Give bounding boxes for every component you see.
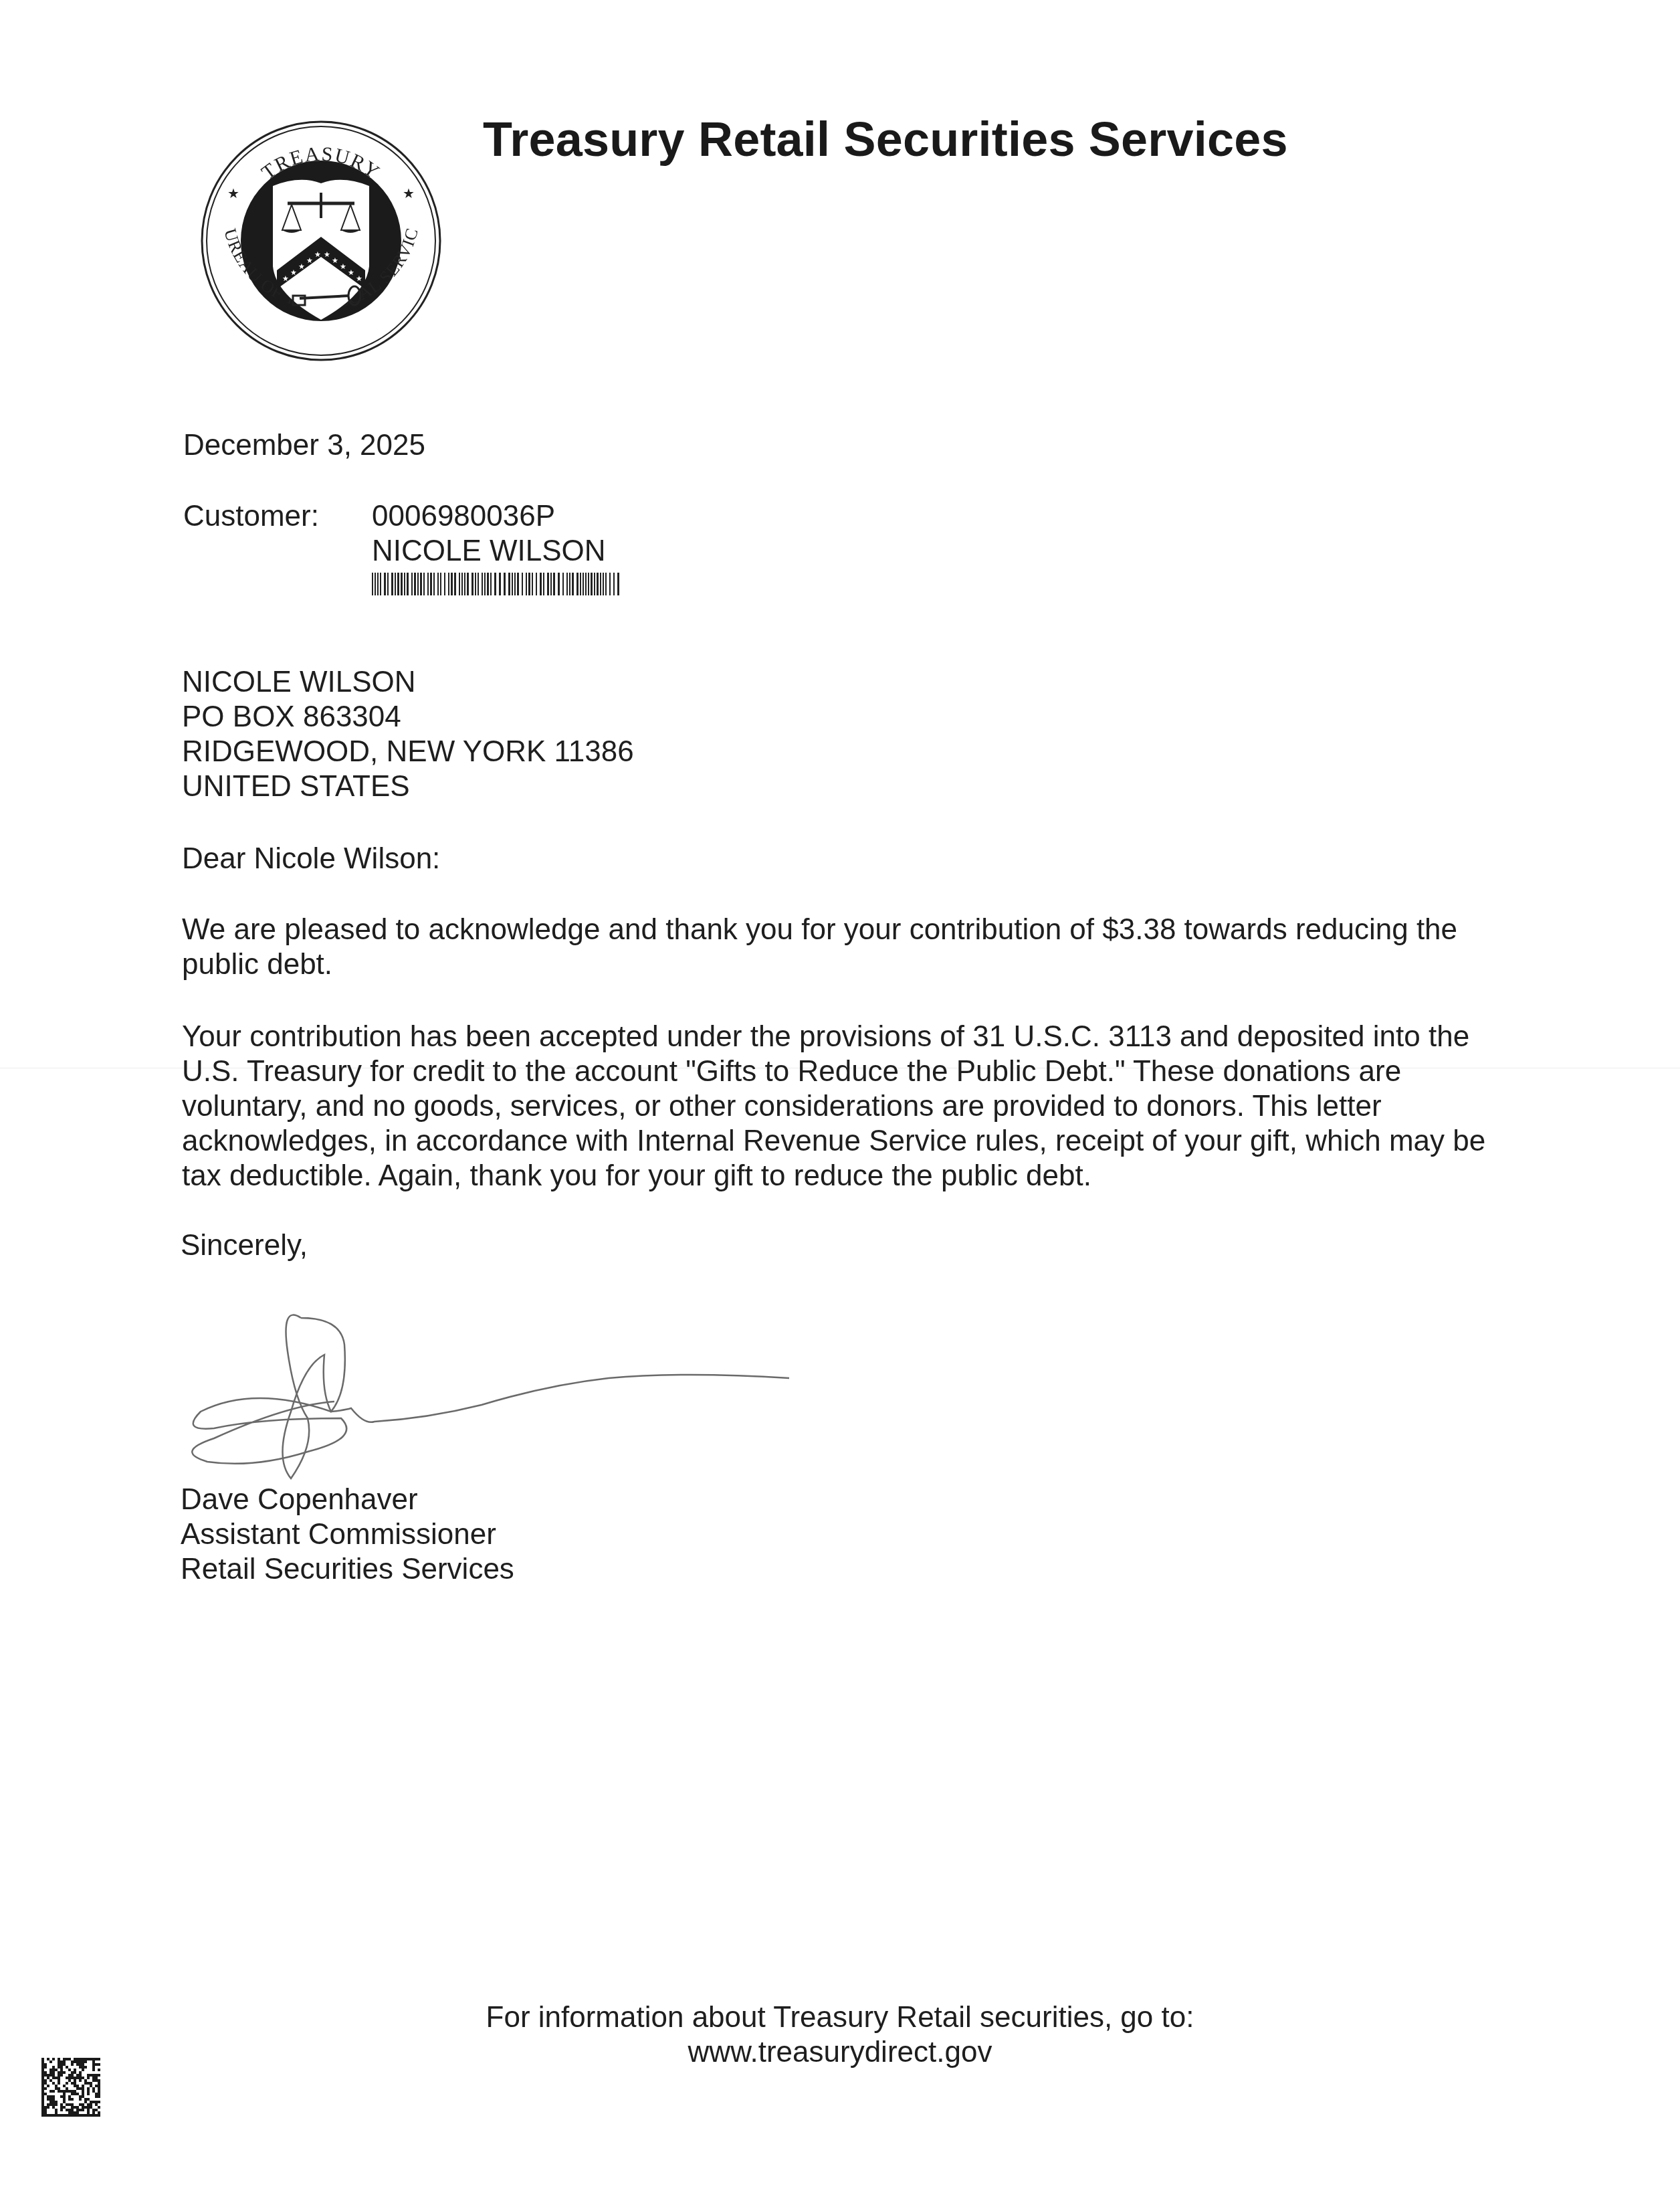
svg-text:★: ★	[348, 269, 354, 277]
paragraph-provisions: Your contribution has been accepted unde…	[182, 1020, 1493, 1193]
address-line-1: NICOLE WILSON	[182, 665, 634, 700]
paragraph-acknowledgement: We are pleased to acknowledge and thank …	[182, 913, 1493, 982]
signer-name: Dave Copenhaver	[181, 1482, 514, 1517]
letter-date: December 3, 2025	[183, 428, 425, 463]
svg-text:★: ★	[403, 187, 415, 201]
footer-info: For information about Treasury Retail se…	[0, 2000, 1680, 2070]
svg-text:★: ★	[340, 263, 346, 271]
svg-text:★: ★	[282, 275, 289, 283]
customer-label: Customer:	[183, 499, 319, 534]
customer-name: NICOLE WILSON	[372, 534, 606, 569]
footer-info-text: For information about Treasury Retail se…	[0, 2000, 1680, 2035]
customer-id: 0006980036P	[372, 499, 606, 534]
mailing-address: NICOLE WILSON PO BOX 863304 RIDGEWOOD, N…	[182, 665, 634, 804]
svg-text:★: ★	[332, 257, 338, 265]
svg-text:★: ★	[306, 257, 313, 265]
datamatrix-code-icon	[41, 2058, 102, 2117]
signer-title: Assistant Commissioner	[181, 1517, 514, 1552]
svg-text:★: ★	[324, 251, 330, 259]
svg-text:★: ★	[298, 263, 305, 271]
treasury-seal-icon: TREASURY BUREAU OF THE FISCAL SERVICE ★ …	[199, 119, 443, 363]
svg-text:★: ★	[314, 251, 321, 259]
signer-department: Retail Securities Services	[181, 1552, 514, 1587]
signer-block: Dave Copenhaver Assistant Commissioner R…	[181, 1482, 514, 1587]
customer-block: 0006980036P NICOLE WILSON	[372, 499, 606, 569]
signature-icon	[174, 1311, 803, 1485]
address-line-2: PO BOX 863304	[182, 700, 634, 735]
closing: Sincerely,	[181, 1228, 308, 1263]
address-line-3: RIDGEWOOD, NEW YORK 11386	[182, 735, 634, 769]
salutation: Dear Nicole Wilson:	[182, 842, 440, 876]
barcode-icon	[372, 573, 623, 595]
svg-text:★: ★	[227, 187, 239, 201]
svg-text:★: ★	[356, 275, 362, 283]
address-line-4: UNITED STATES	[182, 769, 634, 804]
page-title: Treasury Retail Securities Services	[483, 112, 1288, 167]
svg-text:★: ★	[290, 269, 297, 277]
footer-website-link[interactable]: www.treasurydirect.gov	[0, 2035, 1680, 2070]
